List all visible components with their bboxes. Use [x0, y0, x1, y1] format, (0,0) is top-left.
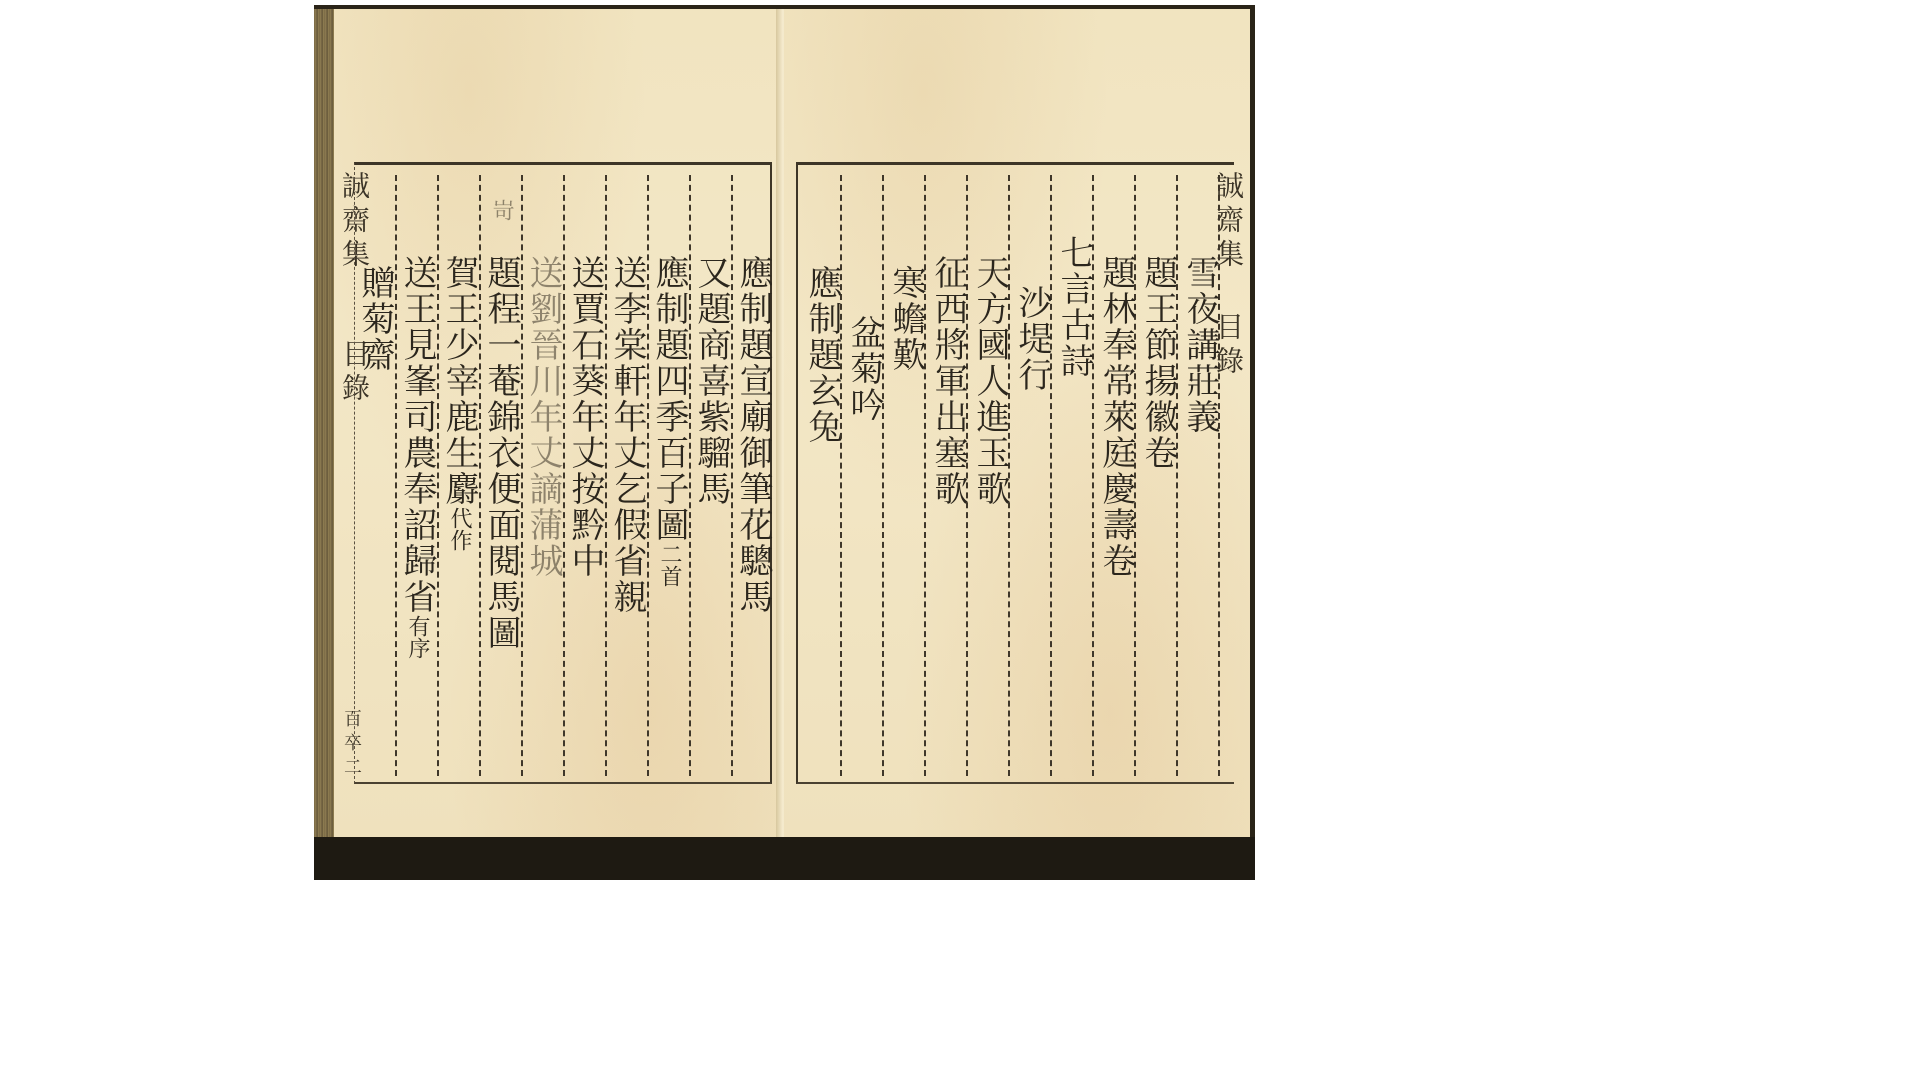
toc-entry: 送李棠軒年丈乞假省親 — [609, 255, 645, 615]
toc-entry: 天方國人進玉歌 — [972, 255, 1008, 507]
toc-entry: 送賈石葵年丈按黔中 — [567, 255, 603, 579]
toc-entry: 題王節揚徽卷 — [1140, 255, 1176, 471]
toc-entry: 送王見峯司農奉詔歸省有序 — [399, 255, 435, 659]
section-heading: 七言古詩 — [1056, 235, 1092, 379]
head-mark: 岢 — [489, 199, 514, 221]
toc-entry: 雪夜講莊義 — [1182, 255, 1218, 435]
entry-note: 有序 — [405, 615, 430, 659]
page-edge-stack — [314, 9, 334, 837]
toc-entry: 贈菊齋 — [357, 265, 393, 373]
left-page: 誠齋集 目錄 百卒二 應制題宣廟御筆花驄馬 又題商喜紫騮馬 應制題四季百子圖二首 — [334, 9, 783, 837]
entry-note: 二首 — [657, 543, 682, 587]
book-scan: 誠齋集 目錄 百卒二 應制題宣廟御筆花驄馬 又題商喜紫騮馬 應制題四季百子圖二首 — [314, 5, 1255, 880]
book-bottom-shadow — [314, 837, 1255, 880]
toc-entry: 賀王少宰鹿生麝代作 — [441, 255, 477, 551]
toc-entry: 又題商喜紫騮馬 — [693, 255, 729, 507]
toc-entry: 盆菊吟 — [846, 315, 882, 423]
toc-entry: 題林奉常萊庭慶壽卷 — [1098, 255, 1134, 579]
right-text-frame: 雪夜講莊義 題王節揚徽卷 題林奉常萊庭慶壽卷 七言古詩 沙堤行 天方國人進玉歌 … — [796, 162, 1234, 784]
left-text-frame: 應制題宣廟御筆花驄馬 又題商喜紫騮馬 應制題四季百子圖二首 送李棠軒年丈乞假省親… — [354, 162, 772, 784]
toc-entry: 應制題四季百子圖二首 — [651, 255, 687, 587]
toc-entry: 送劉晉川年丈謫蒲城 — [525, 255, 561, 579]
toc-entry: 征西將軍出塞歌 — [930, 255, 966, 507]
entry-note: 代作 — [447, 507, 472, 551]
toc-entry: 沙堤行 — [1014, 285, 1050, 393]
toc-entry: 應制題玄兔 — [804, 265, 840, 445]
toc-entry: 題程一菴錦衣便面閱馬圖 — [483, 255, 519, 651]
toc-entry: 寒蟾歎 — [888, 265, 924, 373]
toc-entry: 岢 — [483, 199, 519, 221]
toc-entry: 應制題宣廟御筆花驄馬 — [735, 255, 771, 615]
right-page: 誠齋集 目錄 雪夜講莊義 題王節揚徽卷 題林奉常萊庭慶壽卷 七言古詩 — [784, 9, 1250, 837]
